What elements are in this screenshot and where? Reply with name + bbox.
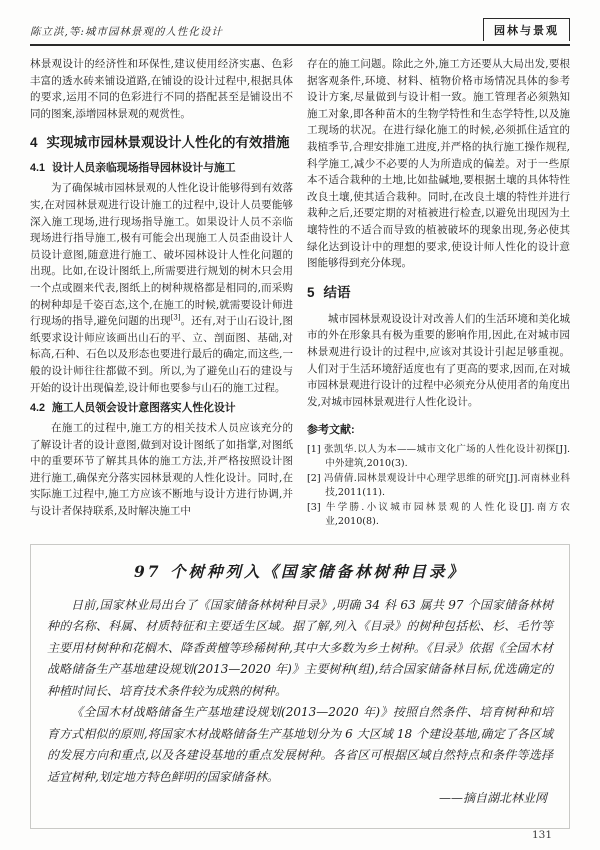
section-4-1-heading: 4.1 设计人员亲临现场指导园林设计与施工	[30, 161, 293, 176]
reference-2: [2] 冯倩倩.园林景观设计中心理学思维的研究[J].河南林业科技,2011(1…	[307, 472, 570, 501]
running-title: 陈立洪,等:城市园林景观的人性化设计	[30, 24, 223, 41]
paragraph-4-2: 在施工的过程中,施工方的相关技术人员应该充分的了解设计者的设计意图,做到对设计图…	[30, 420, 293, 520]
article-body: 林景观设计的经济性和环保性,建议使用经济实惠、色彩丰富的透水砖来铺设道路,在铺设…	[30, 56, 570, 530]
section-5-number: 5	[307, 283, 315, 302]
news-box-paragraph-2: 《全国木材战略储备生产基地建设规划(2013—2020 年)》按照自然条件、培育…	[47, 702, 553, 788]
section-4-1-title: 设计人员亲临现场指导园林设计与施工	[52, 161, 236, 176]
paragraph-continuation: 林景观设计的经济性和环保性,建议使用经济实惠、色彩丰富的透水砖来铺设道路,在铺设…	[30, 56, 293, 122]
section-4-heading: 4 实现城市园林景观设计人性化的有效措施	[30, 133, 293, 152]
section-5-title: 结语	[324, 283, 351, 302]
page-header: 陈立洪,等:城市园林景观的人性化设计 园林与景观	[30, 18, 570, 46]
paragraph-continuation-right: 存在的施工问题。除此之外,施工方还要从大局出发,要根据客观条件,环境、材料、植物…	[307, 56, 570, 272]
paragraph-4-1: 为了确保城市园林景观的人性化设计能够得到有效落实,在对园林景观进行设计施工的过程…	[30, 180, 293, 396]
news-box-attribution: ——摘自湖北林业网	[47, 788, 553, 810]
journal-section-label: 园林与景观	[483, 18, 570, 41]
section-5-heading: 5 结语	[307, 283, 570, 302]
references-heading: 参考文献:	[307, 422, 570, 439]
reference-3: [3] 牛学勝.小议城市园林景观的人性化设[J].南方农业,2010(8).	[307, 501, 570, 530]
section-4-2-heading: 4.2 施工人员领会设计意图落实人性化设计	[30, 401, 293, 416]
section-4-title: 实现城市园林景观设计人性化的有效措施	[47, 133, 290, 152]
right-column: 存在的施工问题。除此之外,施工方还要从大局出发,要根据客观条件,环境、材料、植物…	[307, 56, 570, 530]
reference-1: [1] 张凯华.以人为本——城市文化广场的人性化设计初探[J].中外建筑,201…	[307, 443, 570, 472]
section-4-2-title: 施工人员领会设计意图落实人性化设计	[52, 401, 236, 416]
section-4-number: 4	[30, 133, 38, 152]
citation-marker: [3]	[171, 314, 181, 322]
news-box-title: 97 个树种列入《国家储备林树种目录》	[47, 560, 553, 582]
paper-page: 陈立洪,等:城市园林景观的人性化设计 园林与景观 林景观设计的经济性和环保性,建…	[0, 0, 600, 850]
paragraph-5: 城市园林景观设设计对改善人们的生活环境和美化城市的外在形象具有极为重要的影响作用…	[307, 311, 570, 411]
left-column: 林景观设计的经济性和环保性,建议使用经济实惠、色彩丰富的透水砖来铺设道路,在铺设…	[30, 56, 293, 530]
news-box-paragraph-1: 日前,国家林业局出台了《国家储备林树种目录》,明确 34 科 63 属共 97 …	[47, 595, 553, 703]
page-number: 131	[30, 829, 570, 841]
section-4-1-number: 4.1	[30, 161, 45, 176]
section-4-2-number: 4.2	[30, 401, 45, 416]
paragraph-4-1-text: 为了确保城市园林景观的人性化设计能够得到有效落实,在对园林景观进行设计施工的过程…	[30, 182, 293, 327]
news-box: 97 个树种列入《国家储备林树种目录》 日前,国家林业局出台了《国家储备林树种目…	[30, 544, 570, 829]
